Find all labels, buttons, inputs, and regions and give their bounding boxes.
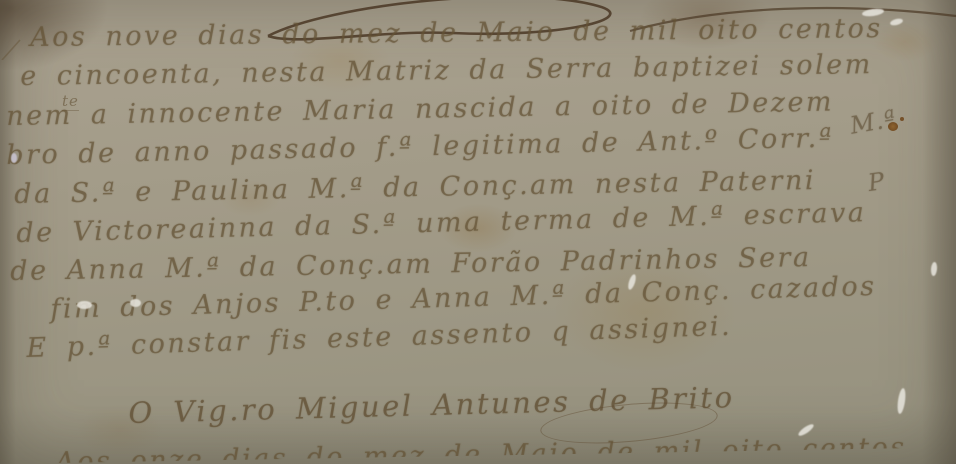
- manuscript-photo: Aos nove dias do mez de Maio de mil oito…: [0, 0, 956, 464]
- ink-blot: [888, 122, 898, 131]
- paper-damage-spot: [11, 153, 17, 163]
- paper-damage-spot: [930, 262, 937, 276]
- next-record-partial-line: Aos onze dias do mez de Maio de mil oito…: [55, 432, 907, 463]
- paper-damage-spot: [896, 388, 907, 415]
- paper-damage-spot: [130, 299, 141, 307]
- manuscript-line: bro de anno passado f.ª legitima de Ant.…: [6, 123, 834, 171]
- ink-blot: [900, 117, 904, 121]
- paper-damage-spot: [77, 301, 92, 309]
- margin-note: P: [866, 167, 887, 197]
